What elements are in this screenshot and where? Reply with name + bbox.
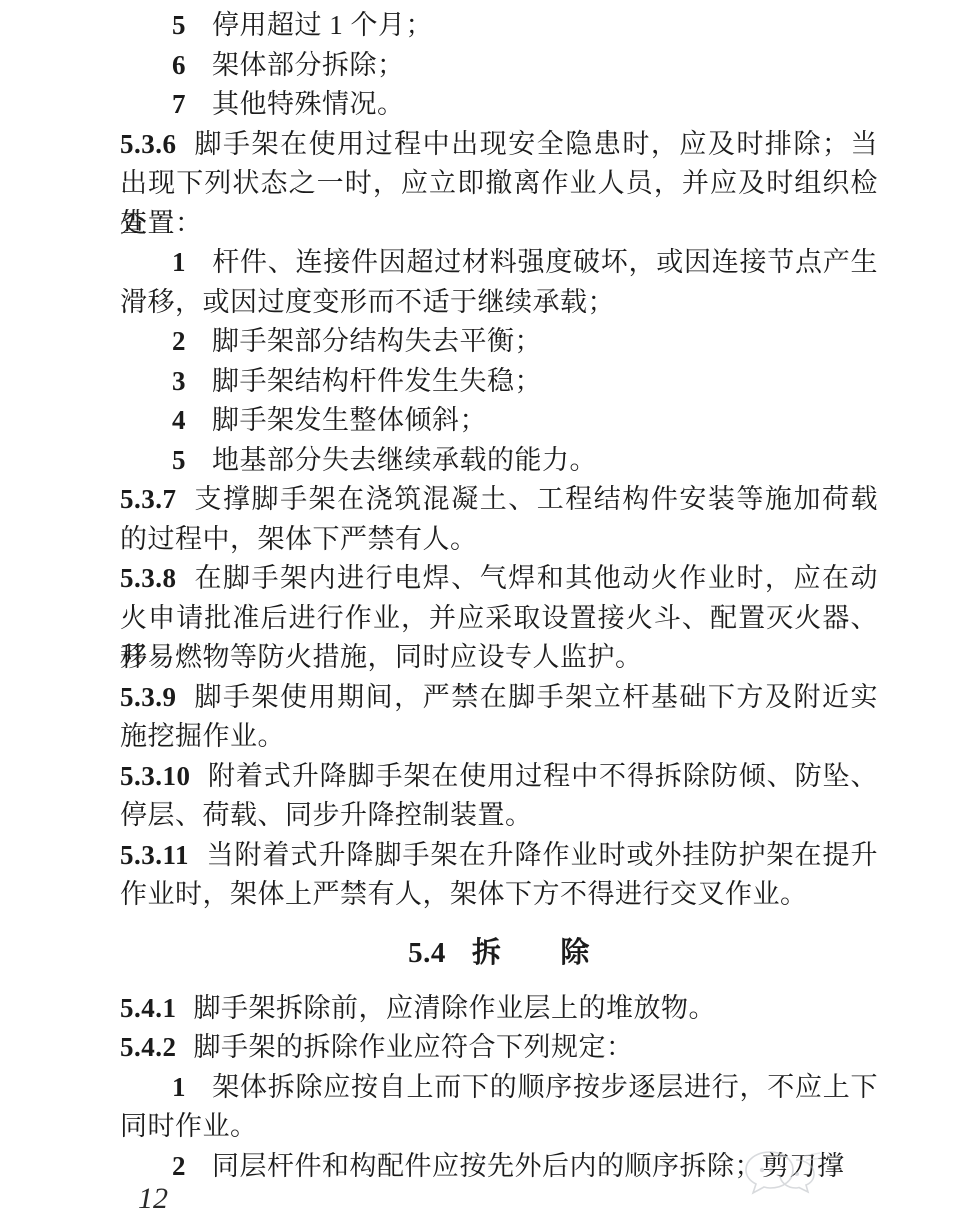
- text-line: 3脚手架结构杆件发生失稳；: [120, 362, 878, 402]
- line-text: 同时作业。: [120, 1111, 258, 1141]
- text-line: 作业时，架体上严禁有人，架体下方不得进行交叉作业。: [120, 875, 878, 915]
- text-line: 5.3.9脚手架使用期间，严禁在脚手架立杆基础下方及附近实: [120, 678, 878, 718]
- section-heading: 5.4拆 除: [120, 933, 878, 973]
- clause-5.3.6: 5.3.6脚手架在使用过程中出现安全隐患时，应及时排除；当出现下列状态之一时，应…: [120, 125, 878, 244]
- page-number: 12: [138, 1182, 168, 1216]
- item-number: 5.3.7: [120, 484, 177, 514]
- item-number: 2: [172, 326, 186, 356]
- item-number: 2: [172, 1151, 186, 1181]
- line-text: 附着式升降脚手架在使用过程中不得拆除防倾、防坠、: [208, 761, 879, 791]
- item-number: 7: [172, 89, 186, 119]
- text-line: 5.4拆 除: [120, 933, 878, 973]
- item-number: 5: [172, 10, 186, 40]
- clause-5.4.2: 5.4.2脚手架的拆除作业应符合下列规定：: [120, 1028, 878, 1068]
- text-line: 5停用超过 1 个月；: [120, 6, 878, 46]
- item-number: 3: [172, 366, 186, 396]
- list-item-5: 5地基部分失去继续承载的能力。: [120, 441, 878, 481]
- line-text: 在脚手架内进行电焊、气焊和其他动火作业时，应在动: [194, 563, 879, 593]
- text-line: 5.4.2脚手架的拆除作业应符合下列规定：: [120, 1028, 878, 1068]
- item-number: 4: [172, 405, 186, 435]
- line-text: 其他特殊情况。: [212, 89, 405, 119]
- text-line: 4脚手架发生整体倾斜；: [120, 401, 878, 441]
- list-item-2: 2同层杆件和构配件应按先外后内的顺序拆除；剪刀撑: [120, 1147, 878, 1187]
- item-number: 6: [172, 50, 186, 80]
- line-text: 同层杆件和构配件应按先外后内的顺序拆除；剪刀撑: [212, 1151, 845, 1181]
- text-line: 1架体拆除应按自上而下的顺序按步逐层进行，不应上下: [120, 1068, 878, 1108]
- item-number: 5.3.9: [120, 682, 177, 712]
- line-text: 支撑脚手架在浇筑混凝土、工程结构件安装等施加荷载: [194, 484, 879, 514]
- text-line: 处置：: [120, 204, 878, 244]
- item-number: 1: [172, 247, 186, 277]
- text-line: 1杆件、连接件因超过材料强度破坏，或因连接节点产生: [120, 243, 878, 283]
- line-text: 停层、荷载、同步升降控制装置。: [120, 800, 533, 830]
- list-item-7: 7其他特殊情况。: [120, 85, 878, 125]
- clause-5.3.9: 5.3.9脚手架使用期间，严禁在脚手架立杆基础下方及附近实施挖掘作业。: [120, 678, 878, 757]
- line-text: 施挖掘作业。: [120, 721, 285, 751]
- text-line: 5.3.7支撑脚手架在浇筑混凝土、工程结构件安装等施加荷载: [120, 480, 878, 520]
- text-line: 5.3.10附着式升降脚手架在使用过程中不得拆除防倾、防坠、: [120, 757, 878, 797]
- text-line: 5.3.6脚手架在使用过程中出现安全隐患时，应及时排除；当: [120, 125, 878, 165]
- item-number: 5.3.11: [120, 840, 189, 870]
- line-text: 的过程中，架体下严禁有人。: [120, 524, 478, 554]
- line-text: 处置：: [120, 208, 203, 238]
- line-text: 滑移，或因过度变形而不适于继续承载；: [120, 287, 615, 317]
- text-line: 5地基部分失去继续承载的能力。: [120, 441, 878, 481]
- text-line: 7其他特殊情况。: [120, 85, 878, 125]
- clause-5.3.10: 5.3.10附着式升降脚手架在使用过程中不得拆除防倾、防坠、停层、荷载、同步升降…: [120, 757, 878, 836]
- line-text: 地基部分失去继续承载的能力。: [212, 445, 597, 475]
- text-line: 5.4.1脚手架拆除前，应清除作业层上的堆放物。: [120, 989, 878, 1029]
- text-line: 开易燃物等防火措施，同时应设专人监护。: [120, 638, 878, 678]
- list-item-5: 5停用超过 1 个月；: [120, 6, 878, 46]
- list-item-2: 2脚手架部分结构失去平衡；: [120, 322, 878, 362]
- text-line: 2脚手架部分结构失去平衡；: [120, 322, 878, 362]
- line-text: 架体拆除应按自上而下的顺序按步逐层进行，不应上下: [212, 1072, 878, 1102]
- line-text: 脚手架发生整体倾斜；: [212, 405, 487, 435]
- list-item-1: 1架体拆除应按自上而下的顺序按步逐层进行，不应上下同时作业。: [120, 1068, 878, 1147]
- clause-5.3.7: 5.3.7支撑脚手架在浇筑混凝土、工程结构件安装等施加荷载的过程中，架体下严禁有…: [120, 480, 878, 559]
- line-text: 脚手架使用期间，严禁在脚手架立杆基础下方及附近实: [194, 682, 879, 712]
- list-item-1: 1杆件、连接件因超过材料强度破坏，或因连接节点产生滑移，或因过度变形而不适于继续…: [120, 243, 878, 322]
- line-text: 作业时，架体上严禁有人，架体下方不得进行交叉作业。: [120, 879, 808, 909]
- text-line: 施挖掘作业。: [120, 717, 878, 757]
- list-item-6: 6架体部分拆除；: [120, 46, 878, 86]
- line-text: 杆件、连接件因超过材料强度破坏，或因连接节点产生: [212, 247, 878, 277]
- line-text: 架体部分拆除；: [212, 50, 405, 80]
- text-line: 滑移，或因过度变形而不适于继续承载；: [120, 283, 878, 323]
- text-line: 出现下列状态之一时，应立即撤离作业人员，并应及时组织检查: [120, 164, 878, 204]
- text-line: 2同层杆件和构配件应按先外后内的顺序拆除；剪刀撑: [120, 1147, 878, 1187]
- line-text: 脚手架部分结构失去平衡；: [212, 326, 542, 356]
- heading-title: 拆 除: [472, 937, 590, 969]
- item-number: 5.4.1: [120, 993, 177, 1023]
- text-line: 5.3.8在脚手架内进行电焊、气焊和其他动火作业时，应在动: [120, 559, 878, 599]
- item-number: 5.4.2: [120, 1032, 177, 1062]
- line-text: 开易燃物等防火措施，同时应设专人监护。: [120, 642, 643, 672]
- line-text: 脚手架结构杆件发生失稳；: [212, 366, 542, 396]
- heading-number: 5.4: [408, 937, 446, 969]
- item-number: 5.3.6: [120, 129, 177, 159]
- document-body: 5停用超过 1 个月；6架体部分拆除；7其他特殊情况。5.3.6脚手架在使用过程…: [120, 6, 878, 1186]
- line-text: 脚手架拆除前，应清除作业层上的堆放物。: [194, 993, 717, 1023]
- item-number: 5.3.10: [120, 761, 191, 791]
- line-text: 脚手架的拆除作业应符合下列规定：: [194, 1032, 634, 1062]
- text-line: 的过程中，架体下严禁有人。: [120, 520, 878, 560]
- line-text: 脚手架在使用过程中出现安全隐患时，应及时排除；当: [194, 129, 879, 159]
- line-text: 当附着式升降脚手架在升降作业时或外挂防护架在提升: [206, 840, 878, 870]
- clause-5.3.8: 5.3.8在脚手架内进行电焊、气焊和其他动火作业时，应在动火申请批准后进行作业，…: [120, 559, 878, 678]
- clause-5.3.11: 5.3.11当附着式升降脚手架在升降作业时或外挂防护架在提升作业时，架体上严禁有…: [120, 836, 878, 915]
- text-line: 同时作业。: [120, 1107, 878, 1147]
- line-text: 停用超过 1 个月；: [212, 10, 433, 40]
- list-item-4: 4脚手架发生整体倾斜；: [120, 401, 878, 441]
- text-line: 火申请批准后进行作业，并应采取设置接火斗、配置灭火器、移: [120, 599, 878, 639]
- item-number: 1: [172, 1072, 186, 1102]
- document-page: 5停用超过 1 个月；6架体部分拆除；7其他特殊情况。5.3.6脚手架在使用过程…: [0, 0, 973, 1223]
- list-item-3: 3脚手架结构杆件发生失稳；: [120, 362, 878, 402]
- text-line: 5.3.11当附着式升降脚手架在升降作业时或外挂防护架在提升: [120, 836, 878, 876]
- item-number: 5.3.8: [120, 563, 177, 593]
- text-line: 6架体部分拆除；: [120, 46, 878, 86]
- clause-5.4.1: 5.4.1脚手架拆除前，应清除作业层上的堆放物。: [120, 989, 878, 1029]
- text-line: 停层、荷载、同步升降控制装置。: [120, 796, 878, 836]
- item-number: 5: [172, 445, 186, 475]
